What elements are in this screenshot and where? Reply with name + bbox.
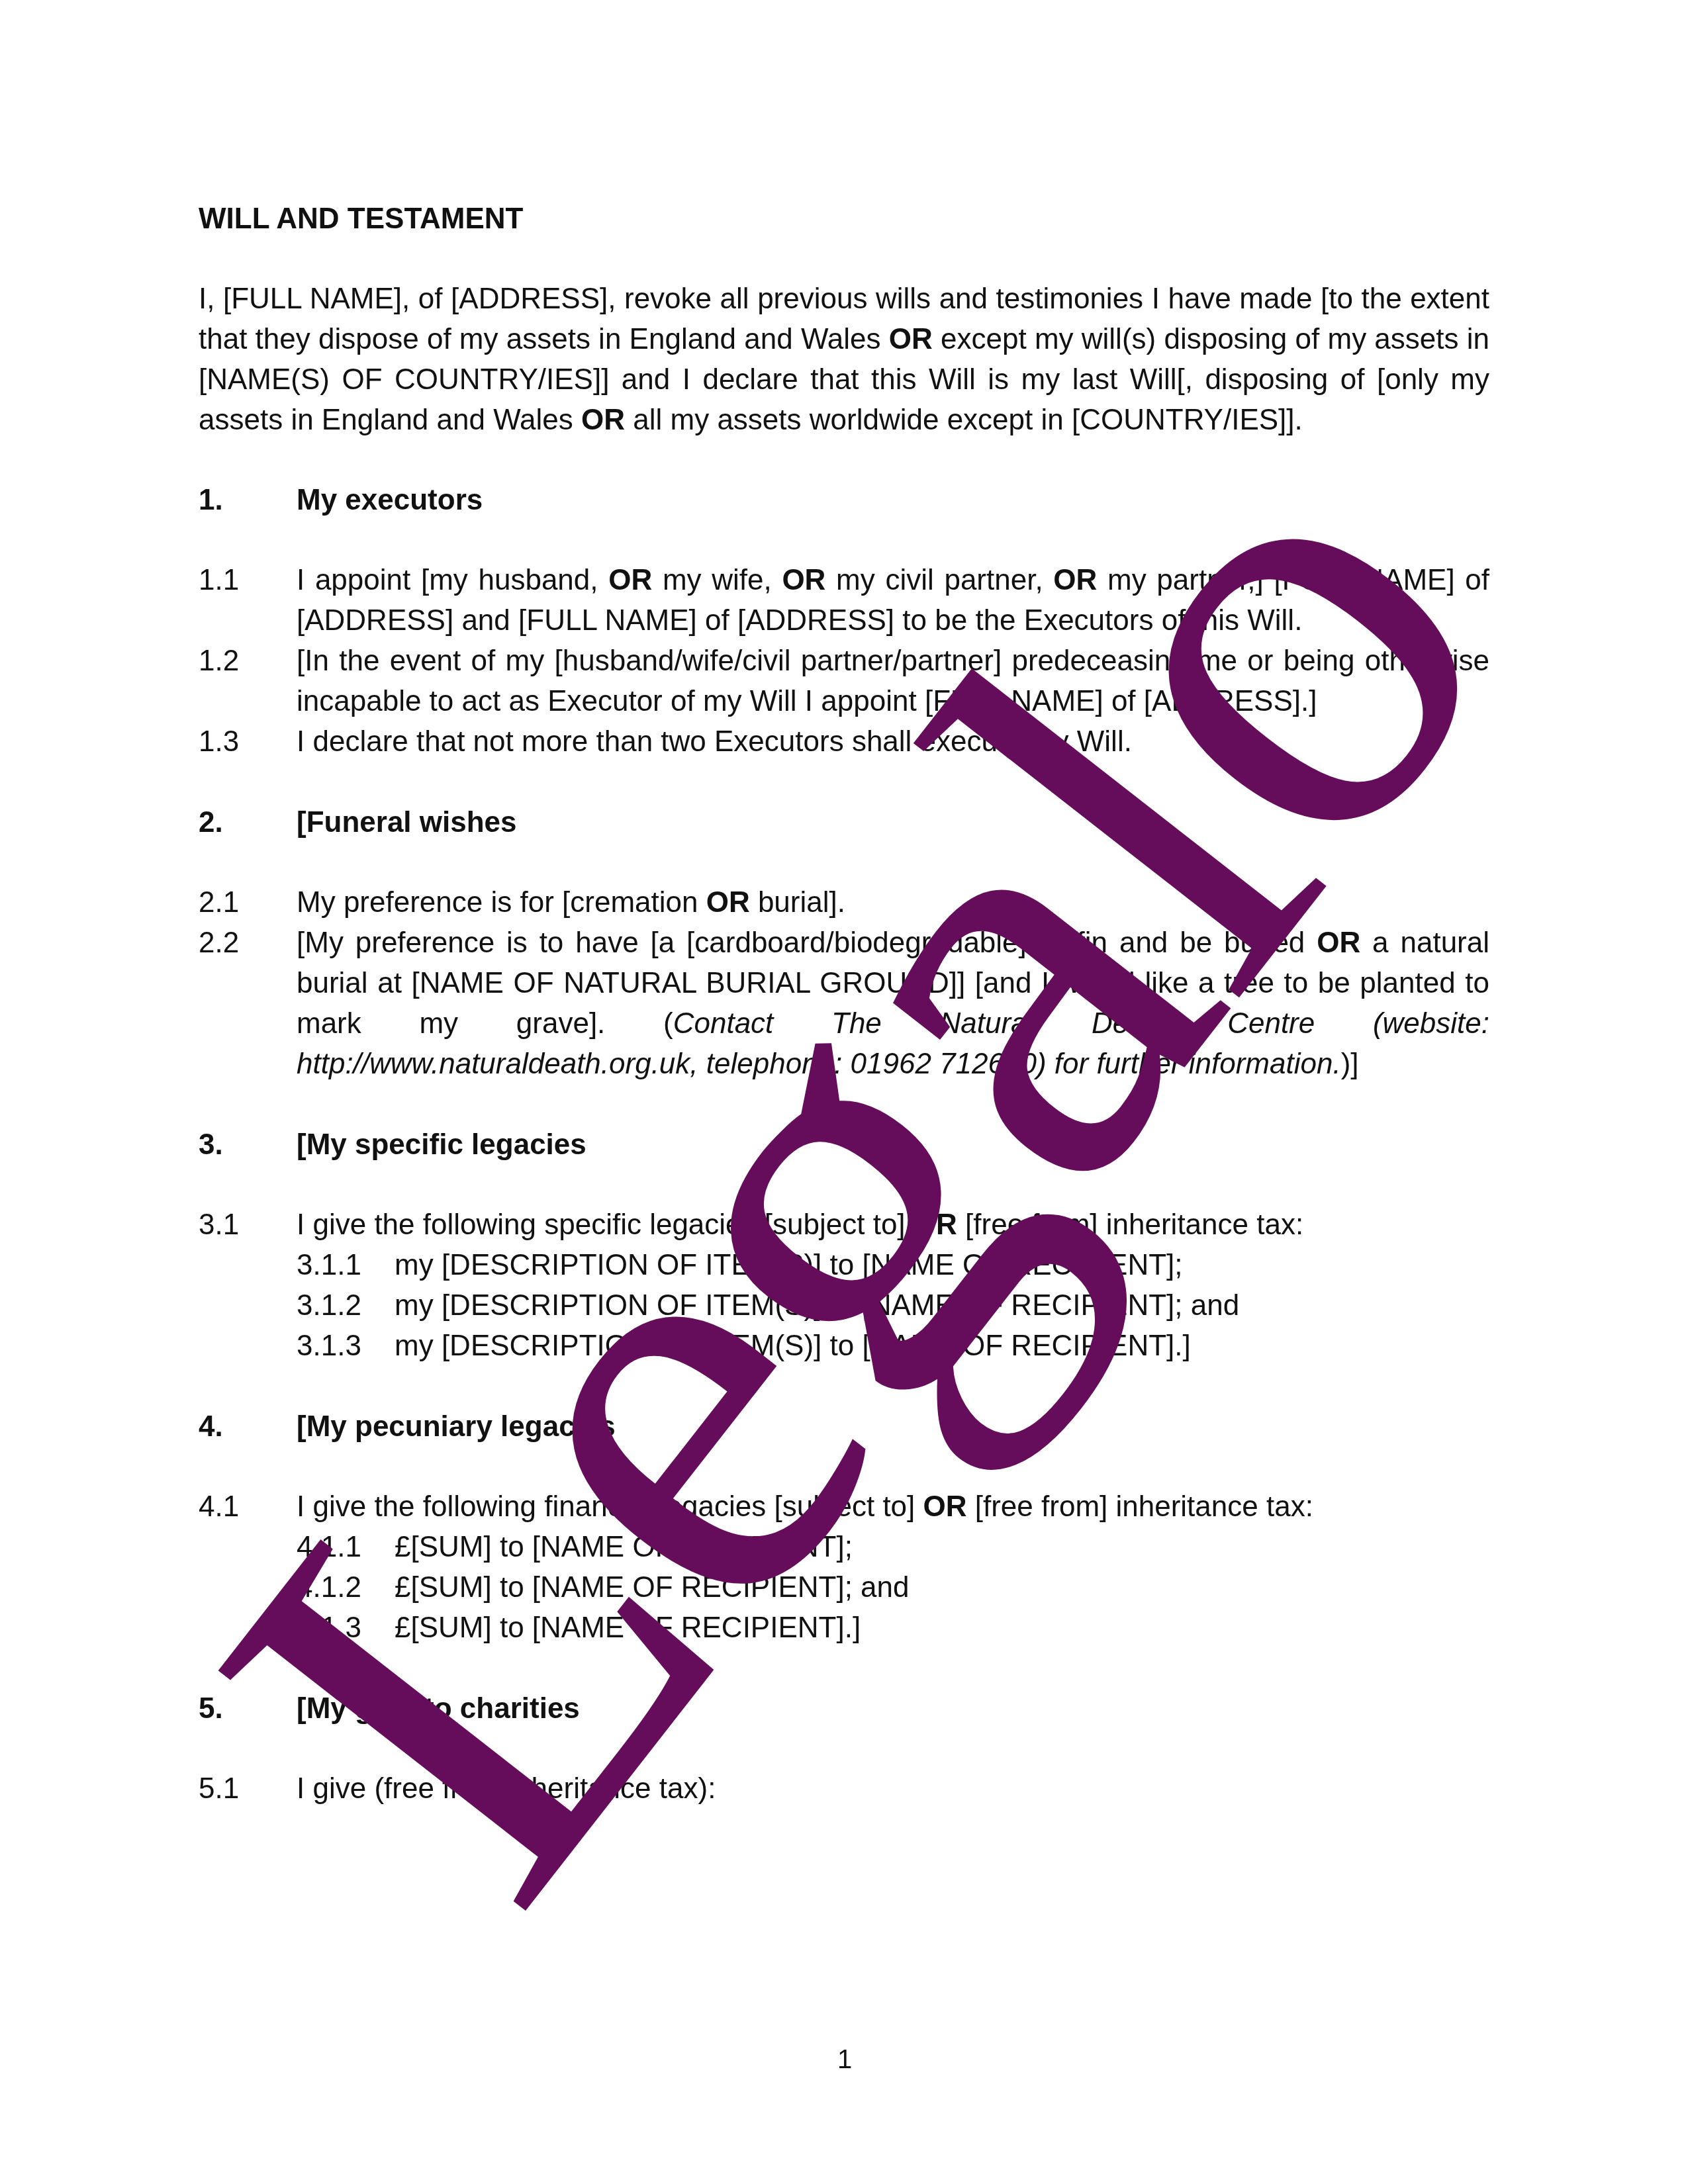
- text-run: [free from] inheritance tax:: [967, 1490, 1313, 1523]
- clause: 2.2[My preference is to have [a [cardboa…: [199, 923, 1489, 1084]
- sub-clause-text: my [DESCRIPTION OF ITEM(S)] to [NAME OF …: [395, 1245, 1183, 1285]
- section-title: [My gifts to charities: [297, 1688, 580, 1729]
- or-keyword: OR: [889, 323, 933, 355]
- text-run: I give (free from inheritance tax):: [297, 1772, 716, 1805]
- section-heading: 5.[My gifts to charities: [199, 1688, 1489, 1729]
- clause-number: 1.1: [199, 560, 297, 641]
- sub-clause: 4.1.3£[SUM] to [NAME OF RECIPIENT].]: [297, 1608, 1489, 1648]
- text-run: all my assets worldwide except in [COUNT…: [625, 404, 1303, 436]
- clause: 1.1I appoint [my husband, OR my wife, OR…: [199, 560, 1489, 641]
- section-number: 3.: [199, 1124, 297, 1165]
- clause-number: 1.2: [199, 641, 297, 721]
- sub-clause: 4.1.1£[SUM] to [NAME OF RECIPIENT];: [297, 1527, 1489, 1567]
- sub-clause-number: 4.1.2: [297, 1567, 395, 1608]
- sub-clause-text: my [DESCRIPTION OF ITEM(S)] to [NAME OF …: [395, 1326, 1191, 1366]
- section-title: My executors: [297, 480, 483, 520]
- clause-text: I give the following specific legacies […: [297, 1205, 1489, 1245]
- clause: 5.1I give (free from inheritance tax):: [199, 1768, 1489, 1809]
- clause-number: 3.1: [199, 1205, 297, 1245]
- sub-clause-number: 4.1.1: [297, 1527, 395, 1567]
- text-run: [free from] inheritance tax:: [957, 1208, 1303, 1241]
- section-number: 1.: [199, 480, 297, 520]
- spacer: [199, 1366, 1489, 1406]
- clause: 1.2[In the event of my [husband/wife/civ…: [199, 641, 1489, 721]
- text-run: burial].: [750, 886, 845, 919]
- sections-container: 1.My executors1.1I appoint [my husband, …: [199, 480, 1489, 1849]
- section-title: [Funeral wishes: [297, 802, 517, 842]
- sub-clause: 3.1.1my [DESCRIPTION OF ITEM(S)] to [NAM…: [297, 1245, 1489, 1285]
- sub-clause-number: 3.1.3: [297, 1326, 395, 1366]
- text-run: )]: [1341, 1048, 1359, 1080]
- or-keyword: OR: [608, 564, 652, 596]
- or-keyword: OR: [581, 404, 625, 436]
- or-keyword: OR: [923, 1490, 967, 1523]
- text-run: I declare that not more than two Executo…: [297, 725, 1132, 758]
- clause-text: I give (free from inheritance tax):: [297, 1768, 1489, 1809]
- clause-text: I declare that not more than two Executo…: [297, 721, 1489, 762]
- sub-clause-text: my [DESCRIPTION OF ITEM(S)] to [NAME OF …: [395, 1285, 1239, 1326]
- sub-clause: 3.1.3my [DESCRIPTION OF ITEM(S)] to [NAM…: [297, 1326, 1489, 1366]
- clause: 2.1My preference is for [cremation OR bu…: [199, 882, 1489, 923]
- document-title: WILL AND TESTAMENT: [199, 199, 1489, 239]
- or-keyword: OR: [1053, 564, 1097, 596]
- section-heading: 3.[My specific legacies: [199, 1124, 1489, 1165]
- text-run: [In the event of my [husband/wife/civil …: [297, 645, 1489, 717]
- or-keyword: OR: [914, 1208, 957, 1241]
- clause-number: 2.2: [199, 923, 297, 1084]
- sub-clause-text: £[SUM] to [NAME OF RECIPIENT].]: [395, 1608, 861, 1648]
- sub-clause-number: 3.1.2: [297, 1285, 395, 1326]
- spacer: [199, 1648, 1489, 1688]
- clause: 1.3I declare that not more than two Exec…: [199, 721, 1489, 762]
- text-run: my wife,: [652, 564, 782, 596]
- section-number: 5.: [199, 1688, 297, 1729]
- section-number: 4.: [199, 1406, 297, 1447]
- text-run: I give the following financial legacies …: [297, 1490, 923, 1523]
- intro-paragraph: I, [FULL NAME], of [ADDRESS], revoke all…: [199, 279, 1489, 440]
- sub-clause: 3.1.2my [DESCRIPTION OF ITEM(S)] to [NAM…: [297, 1285, 1489, 1326]
- clause: 3.1I give the following specific legacie…: [199, 1205, 1489, 1245]
- sub-clause-number: 3.1.1: [297, 1245, 395, 1285]
- or-keyword: OR: [782, 564, 825, 596]
- section-title: [My specific legacies: [297, 1124, 586, 1165]
- text-run: My preference is for [cremation: [297, 886, 706, 919]
- sub-clause-number: 4.1.3: [297, 1608, 395, 1648]
- clause-text: I appoint [my husband, OR my wife, OR my…: [297, 560, 1489, 641]
- clause-text: I give the following financial legacies …: [297, 1486, 1489, 1527]
- spacer: [199, 1809, 1489, 1849]
- clause-number: 1.3: [199, 721, 297, 762]
- clause-text: [My preference is to have [a [cardboard/…: [297, 923, 1489, 1084]
- text-run: my civil partner,: [825, 564, 1053, 596]
- section-heading: 4.[My pecuniary legacies: [199, 1406, 1489, 1447]
- text-run: [My preference is to have [a [cardboard/…: [297, 927, 1317, 959]
- clause-text: My preference is for [cremation OR buria…: [297, 882, 1489, 923]
- section-number: 2.: [199, 802, 297, 842]
- section-heading: 1.My executors: [199, 480, 1489, 520]
- page-number: 1: [837, 2045, 852, 2075]
- sub-clause-text: £[SUM] to [NAME OF RECIPIENT];: [395, 1527, 853, 1567]
- clause: 4.1I give the following financial legaci…: [199, 1486, 1489, 1527]
- section-heading: 2.[Funeral wishes: [199, 802, 1489, 842]
- clause-number: 4.1: [199, 1486, 297, 1527]
- text-run: I give the following specific legacies […: [297, 1208, 914, 1241]
- or-keyword: OR: [1317, 927, 1360, 959]
- text-run: I appoint [my husband,: [297, 564, 608, 596]
- section-title: [My pecuniary legacies: [297, 1406, 616, 1447]
- sub-clause: 4.1.2£[SUM] to [NAME OF RECIPIENT]; and: [297, 1567, 1489, 1608]
- spacer: [199, 1084, 1489, 1124]
- clause-number: 2.1: [199, 882, 297, 923]
- clause-text: [In the event of my [husband/wife/civil …: [297, 641, 1489, 721]
- spacer: [199, 762, 1489, 802]
- clause-number: 5.1: [199, 1768, 297, 1809]
- or-keyword: OR: [706, 886, 750, 919]
- document-page: WILL AND TESTAMENT I, [FULL NAME], of [A…: [199, 199, 1489, 1849]
- sub-clause-text: £[SUM] to [NAME OF RECIPIENT]; and: [395, 1567, 910, 1608]
